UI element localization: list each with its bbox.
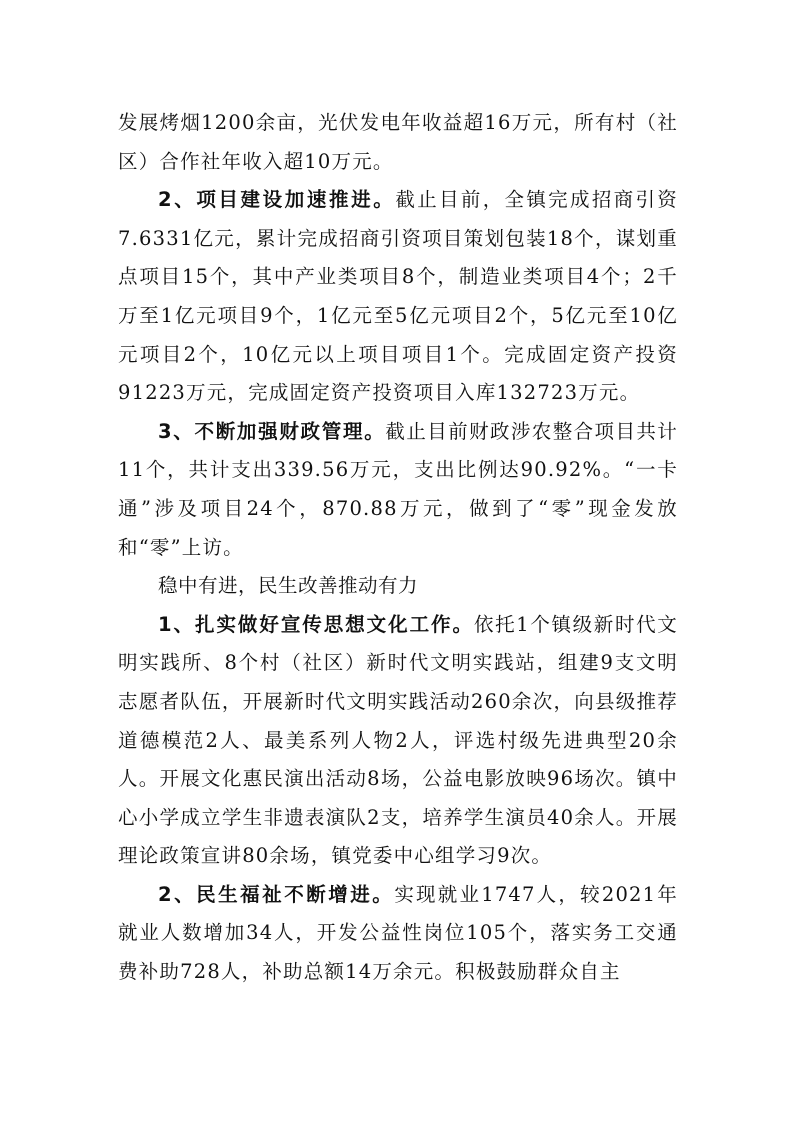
paragraph-lead-bold: 3、不断加强财政管理。 xyxy=(158,420,385,443)
paragraph-project-construction: 2、项目建设加速推进。截止目前，全镇完成招商引资7.6331亿元，累计完成招商引… xyxy=(118,181,678,413)
paragraph-livelihood: 2、民生福祉不断增进。实现就业1747人，较2021年就业人数增加34人，开发公… xyxy=(118,876,678,992)
paragraph-text: 依托1个镇级新时代文明实践所、8个村（社区）新时代文明实践站，组建9支文明志愿者… xyxy=(118,613,678,868)
section-heading: 稳中有进，民生改善推动有力 xyxy=(118,567,678,606)
paragraph-text: 发展烤烟1200余亩，光伏发电年收益超16万元，所有村（社区）合作社年收入超10… xyxy=(118,111,678,173)
paragraph-lead-bold: 2、项目建设加速推进。 xyxy=(158,188,395,211)
document-page: 发展烤烟1200余亩，光伏发电年收益超16万元，所有村（社区）合作社年收入超10… xyxy=(118,104,678,992)
paragraph-culture-work: 1、扎实做好宣传思想文化工作。依托1个镇级新时代文明实践所、8个村（社区）新时代… xyxy=(118,606,678,876)
paragraph-lead-bold: 1、扎实做好宣传思想文化工作。 xyxy=(158,613,474,636)
paragraph-finance-management: 3、不断加强财政管理。截止目前财政涉农整合项目共计11个，共计支出339.56万… xyxy=(118,413,678,567)
paragraph-continuation: 发展烤烟1200余亩，光伏发电年收益超16万元，所有村（社区）合作社年收入超10… xyxy=(118,104,678,181)
paragraph-lead-bold: 2、民生福祉不断增进。 xyxy=(158,883,394,906)
paragraph-text: 截止目前，全镇完成招商引资7.6331亿元，累计完成招商引资项目策划包装18个，… xyxy=(118,188,678,404)
